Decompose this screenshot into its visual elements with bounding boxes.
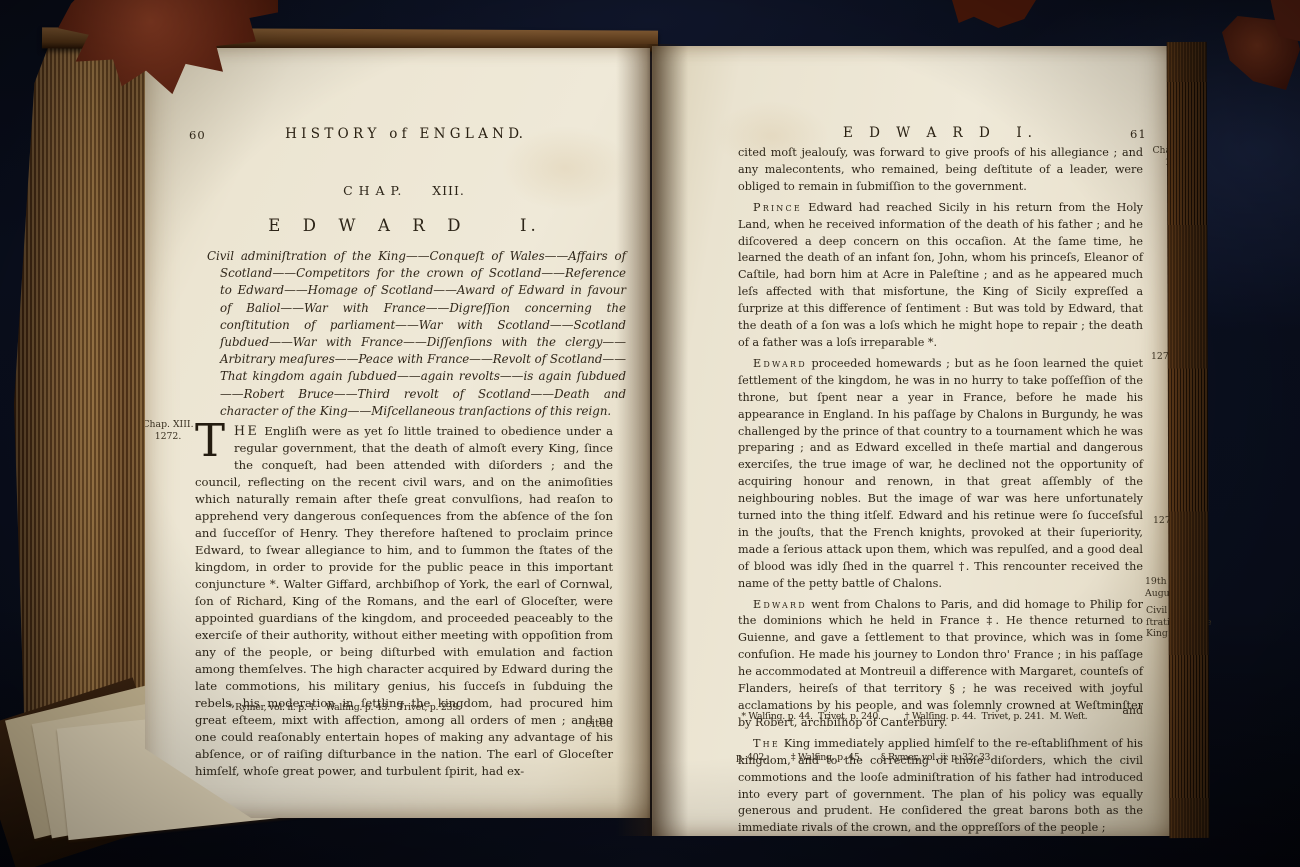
chapter-title: E D W A R D I.: [195, 216, 613, 235]
paragraph-text: Edward had reached Sicily in his return …: [738, 201, 1143, 349]
paragraph-lead: Prince: [753, 201, 802, 214]
footnote-line: p. 402. ‡ Walſing. p. 45. § Rymer, vol. …: [736, 751, 1087, 765]
running-head: H I S T O R Y o f E N G L A N D.: [195, 126, 613, 142]
footnote: * Rymer, vol. ii. p. 1. Walſing. p. 43. …: [228, 701, 461, 715]
paragraph: Edward proceeded homewards ; but as he ſ…: [738, 356, 1143, 593]
catchword: and: [738, 704, 1157, 717]
fore-edge-right: [1167, 42, 1210, 838]
paragraph: cited moſt jealouſy, was forward to give…: [738, 145, 1143, 196]
chapter-argument: Civil adminiſtration of the King——Conque…: [207, 248, 626, 420]
paragraph-lead: HE: [234, 423, 259, 438]
catchword: cited: [195, 717, 625, 730]
paragraph-text: cited moſt jealouſy, was forward to give…: [738, 146, 1143, 193]
footnotes: * Walſing. p. 44. Trivet, p. 240. † Walſ…: [736, 683, 1087, 791]
paragraph: Prince Edward had reached Sicily in his …: [738, 200, 1143, 352]
book-photo: 60 H I S T O R Y o f E N G L A N D. C H …: [0, 0, 1300, 867]
drop-cap: T: [195, 422, 234, 460]
margin-note-chapter-year: Chap. XIII. 1272.: [137, 419, 199, 442]
page-right: 61 E D W A R D I. cited moſt jealouſy, w…: [652, 46, 1172, 836]
page-left: 60 H I S T O R Y o f E N G L A N D. C H …: [145, 48, 650, 818]
gutter-shadow: [616, 44, 688, 836]
paragraph-lead: Edward: [753, 598, 807, 611]
paragraph-text: proceeded homewards ; but as he ſoon lea…: [738, 357, 1143, 590]
paragraph-lead: Edward: [753, 357, 807, 370]
chapter-heading: C H A P. XIII.: [195, 183, 613, 198]
running-head: E D W A R D I.: [738, 125, 1143, 141]
